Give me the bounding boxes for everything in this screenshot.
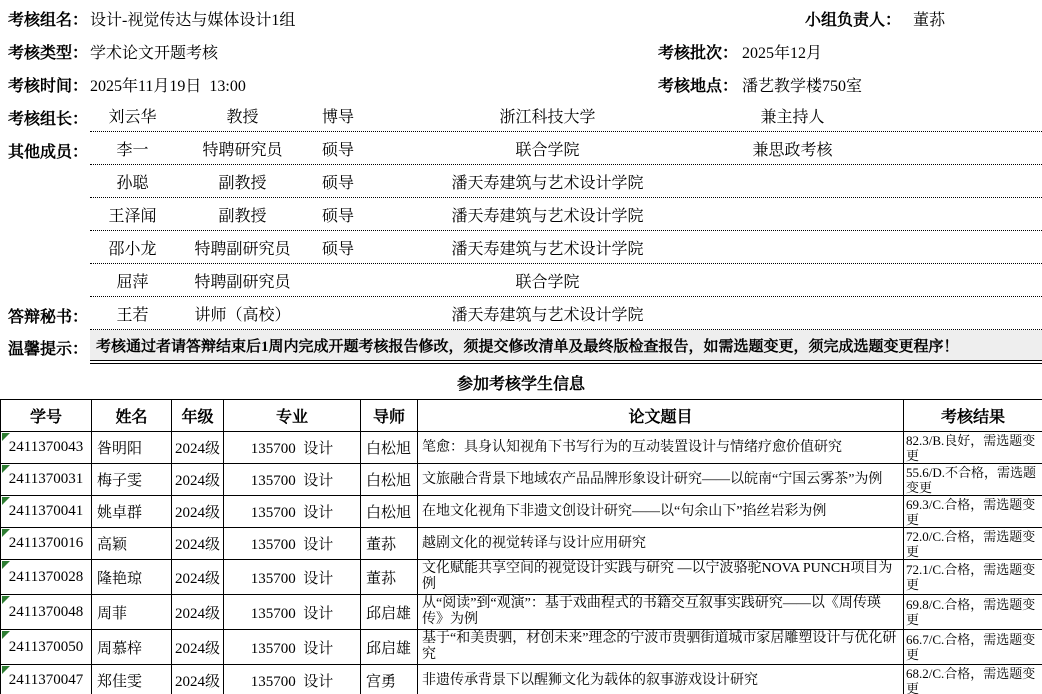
assessment-result: 66.7/C.合格，需选题变更 [904,630,1042,665]
student-id: 2411370016 [9,535,83,551]
member-institution: 联合学院 [430,269,665,292]
header-name: 姓名 [92,400,172,432]
student-grade: 2024级 [172,496,224,528]
assessment-result: 55.6/D.不合格，需选题变更 [904,464,1042,496]
student-name: 周菲 [92,595,172,630]
member-institution: 潘天寿建筑与艺术设计学院 [430,203,665,226]
thesis-title: 越剧文化的视觉转译与设计应用研究 [418,528,904,560]
student-id-cell: 2411370028 [1,560,92,595]
group-name-label: 考核组名： [8,7,88,30]
member-title: 特聘副研究员 [175,236,310,259]
student-name: 周慕梓 [92,630,172,665]
member-name: 屈萍 [90,269,175,292]
member-row: 其他成员： 李一 特聘研究员 硕导 联合学院 兼思政考核 [0,132,1042,165]
member-institution: 浙江科技大学 [430,104,665,127]
member-row-label: 答辩秘书： [0,297,90,330]
group-name-value: 设计-视觉传达与媒体设计1组 [90,7,295,30]
member-row-label: 其他成员： [0,132,90,165]
cell-flag-icon [2,596,10,604]
student-row: 2411370031 梅子雯 2024级 135700 设计 白松旭 文旅融合背… [1,464,1042,496]
student-id-cell: 2411370031 [1,464,92,496]
member-row-label [0,165,90,198]
member-row-label [0,198,90,231]
member-row: 孙聪 副教授 硕导 潘天寿建筑与艺术设计学院 [0,165,1042,198]
student-grade: 2024级 [172,528,224,560]
student-id-cell: 2411370050 [1,630,92,665]
student-row: 2411370043 昝明阳 2024级 135700 设计 白松旭 笔愈：具身… [1,432,1042,464]
member-mentor-type: 硕导 [310,236,430,259]
assessment-batch-value: 2025年12月 [742,40,822,63]
member-name: 刘云华 [90,104,175,127]
students-table-header-row: 学号 姓名 年级 专业 导师 论文题目 考核结果 [1,400,1042,432]
student-id: 2411370047 [9,672,83,688]
cell-flag-icon [2,529,10,537]
assessment-type-label: 考核类型： [8,40,88,63]
student-id-cell: 2411370047 [1,665,92,694]
member-title: 教授 [175,104,310,127]
assessment-result: 69.3/C.合格，需选题变更 [904,496,1042,528]
member-row: 答辩秘书： 王若 讲师（高校） 潘天寿建筑与艺术设计学院 [0,297,1042,330]
member-row-body: 孙聪 副教授 硕导 潘天寿建筑与艺术设计学院 [90,165,1042,198]
cell-flag-icon [2,666,10,674]
member-title: 讲师（高校） [175,302,310,325]
student-row: 2411370028 隆艳琼 2024级 135700 设计 董荪 文化赋能共享… [1,560,1042,595]
assessment-report-page: 考核组名： 设计-视觉传达与媒体设计1组 小组负责人： 董荪 考核类型： 学术论… [0,0,1042,694]
student-name: 高颖 [92,528,172,560]
student-major: 135700 设计 [224,496,361,528]
member-role: 兼主持人 [665,104,920,127]
member-title: 副教授 [175,170,310,193]
member-institution: 联合学院 [430,137,665,160]
member-title: 特聘副研究员 [175,269,310,292]
member-institution: 潘天寿建筑与艺术设计学院 [430,236,665,259]
assessment-result: 69.8/C.合格，需选题变更 [904,595,1042,630]
student-row: 2411370041 姚卓群 2024级 135700 设计 白松旭 在地文化视… [1,496,1042,528]
student-name: 隆艳琼 [92,560,172,595]
member-mentor-type: 硕导 [310,137,430,160]
header-info: 考核组名： 设计-视觉传达与媒体设计1组 小组负责人： 董荪 考核类型： 学术论… [0,0,1042,99]
member-row-body: 邵小龙 特聘副研究员 硕导 潘天寿建筑与艺术设计学院 [90,231,1042,264]
member-row: 屈萍 特聘副研究员 联合学院 [0,264,1042,297]
member-row-label [0,231,90,264]
member-mentor-type: 硕导 [310,203,430,226]
student-advisor: 白松旭 [361,432,418,464]
student-major: 135700 设计 [224,528,361,560]
thesis-title: 文化赋能共享空间的视觉设计实践与研究 —以宁波骆驼NOVA PUNCH项目为例 [418,560,904,595]
member-row-label: 考核组长： [0,99,90,132]
notice-label: 温馨提示： [0,330,90,360]
assessment-time-label: 考核时间： [8,73,88,96]
member-row-label [0,264,90,297]
cell-flag-icon [2,465,10,473]
student-advisor: 白松旭 [361,496,418,528]
member-institution: 潘天寿建筑与艺术设计学院 [430,302,665,325]
student-id: 2411370031 [9,471,83,487]
header-advisor: 导师 [361,400,418,432]
student-row: 2411370016 高颖 2024级 135700 设计 董荪 越剧文化的视觉… [1,528,1042,560]
student-major: 135700 设计 [224,665,361,694]
student-grade: 2024级 [172,665,224,694]
student-row: 2411370047 郑佳雯 2024级 135700 设计 宫勇 非遗传承背景… [1,665,1042,694]
assessment-location-value: 潘艺教学楼750室 [742,73,862,96]
student-id: 2411370041 [9,503,83,519]
header-result: 考核结果 [904,400,1042,432]
student-grade: 2024级 [172,595,224,630]
thesis-title: 在地文化视角下非遗文创设计研究——以“句余山下”掐丝岩彩为例 [418,496,904,528]
info-row: 考核类型： 学术论文开题考核 考核批次： 2025年12月 [0,33,1042,66]
assessment-type-value: 学术论文开题考核 [90,40,218,63]
thesis-title: 笔愈：具身认知视角下书写行为的互动装置设计与情绪疗愈价值研究 [418,432,904,464]
assessment-result: 72.1/C.合格，需选题变更 [904,560,1042,595]
notice-row: 温馨提示： 考核通过者请答辩结束后1周内完成开题考核报告修改，须提交修改清单及最… [0,330,1042,360]
member-mentor-type: 硕导 [310,170,430,193]
group-leader-label: 小组负责人： [805,7,901,30]
cell-flag-icon [2,497,10,505]
header-student-id: 学号 [1,400,92,432]
student-grade: 2024级 [172,560,224,595]
assessment-result: 68.2/C.合格，需选题变更 [904,665,1042,694]
student-major: 135700 设计 [224,560,361,595]
committee-members: 考核组长： 刘云华 教授 博导 浙江科技大学 兼主持人 其他成员： 李一 特聘研… [0,99,1042,330]
student-advisor: 董荪 [361,560,418,595]
thesis-title: 从“阅读”到“观演”：基于戏曲程式的书籍交互叙事实践研究——以《周传瑛传》为例 [418,595,904,630]
member-role: 兼思政考核 [665,137,920,160]
assessment-result: 72.0/C.合格，需选题变更 [904,528,1042,560]
student-id: 2411370048 [9,604,83,620]
students-table: 学号 姓名 年级 专业 导师 论文题目 考核结果 2411370043 昝明阳 … [0,399,1042,694]
students-section-title: 参加考核学生信息 [0,364,1042,399]
student-name: 昝明阳 [92,432,172,464]
info-row: 考核时间： 2025年11月19日 13:00 考核地点： 潘艺教学楼750室 [0,66,1042,99]
member-title: 特聘研究员 [175,137,310,160]
student-row: 2411370050 周慕梓 2024级 135700 设计 邱启雄 基于“和美… [1,630,1042,665]
student-name: 郑佳雯 [92,665,172,694]
member-row-body: 王若 讲师（高校） 潘天寿建筑与艺术设计学院 [90,297,1042,330]
student-advisor: 白松旭 [361,464,418,496]
info-row: 考核组名： 设计-视觉传达与媒体设计1组 小组负责人： 董荪 [0,0,1042,33]
student-advisor: 邱启雄 [361,630,418,665]
member-institution: 潘天寿建筑与艺术设计学院 [430,170,665,193]
student-row: 2411370048 周菲 2024级 135700 设计 邱启雄 从“阅读”到… [1,595,1042,630]
member-row: 考核组长： 刘云华 教授 博导 浙江科技大学 兼主持人 [0,99,1042,132]
member-row: 邵小龙 特聘副研究员 硕导 潘天寿建筑与艺术设计学院 [0,231,1042,264]
student-grade: 2024级 [172,432,224,464]
member-name: 邵小龙 [90,236,175,259]
student-id: 2411370043 [9,439,83,455]
assessment-batch-label: 考核批次： [658,40,738,63]
student-major: 135700 设计 [224,432,361,464]
student-id-cell: 2411370016 [1,528,92,560]
student-id-cell: 2411370048 [1,595,92,630]
member-row-body: 李一 特聘研究员 硕导 联合学院 兼思政考核 [90,132,1042,165]
student-major: 135700 设计 [224,630,361,665]
member-row-body: 王泽闻 副教授 硕导 潘天寿建筑与艺术设计学院 [90,198,1042,231]
student-name: 梅子雯 [92,464,172,496]
member-name: 李一 [90,137,175,160]
member-row: 王泽闻 副教授 硕导 潘天寿建筑与艺术设计学院 [0,198,1042,231]
member-name: 王若 [90,302,175,325]
member-title: 副教授 [175,203,310,226]
student-name: 姚卓群 [92,496,172,528]
cell-flag-icon [2,433,10,441]
student-id-cell: 2411370043 [1,432,92,464]
student-major: 135700 设计 [224,595,361,630]
notice-text: 考核通过者请答辩结束后1周内完成开题考核报告修改，须提交修改清单及最终版检查报告… [90,330,1042,360]
member-row-body: 屈萍 特聘副研究员 联合学院 [90,264,1042,297]
student-grade: 2024级 [172,464,224,496]
member-mentor-type: 博导 [310,104,430,127]
student-id: 2411370028 [9,569,83,585]
student-id: 2411370050 [9,639,83,655]
assessment-result: 82.3/B.良好，需选题变更 [904,432,1042,464]
assessment-time-value: 2025年11月19日 13:00 [90,73,246,96]
thesis-title: 基于“和美贵驷，材创未来”理念的宁波市贵驷街道城市家居雕塑设计与优化研究 [418,630,904,665]
header-grade: 年级 [172,400,224,432]
member-name: 孙聪 [90,170,175,193]
cell-flag-icon [2,561,10,569]
student-major: 135700 设计 [224,464,361,496]
thesis-title: 非遗传承背景下以醒狮文化为载体的叙事游戏设计研究 [418,665,904,694]
student-advisor: 董荪 [361,528,418,560]
student-id-cell: 2411370041 [1,496,92,528]
cell-flag-icon [2,631,10,639]
student-grade: 2024级 [172,630,224,665]
header-major: 专业 [224,400,361,432]
header-thesis: 论文题目 [418,400,904,432]
thesis-title: 文旅融合背景下地域农产品品牌形象设计研究——以皖南“宁国云雾茶”为例 [418,464,904,496]
group-leader-value: 董荪 [913,7,945,30]
member-name: 王泽闻 [90,203,175,226]
student-advisor: 宫勇 [361,665,418,694]
student-advisor: 邱启雄 [361,595,418,630]
member-row-body: 刘云华 教授 博导 浙江科技大学 兼主持人 [90,99,1042,132]
assessment-location-label: 考核地点： [658,73,738,96]
